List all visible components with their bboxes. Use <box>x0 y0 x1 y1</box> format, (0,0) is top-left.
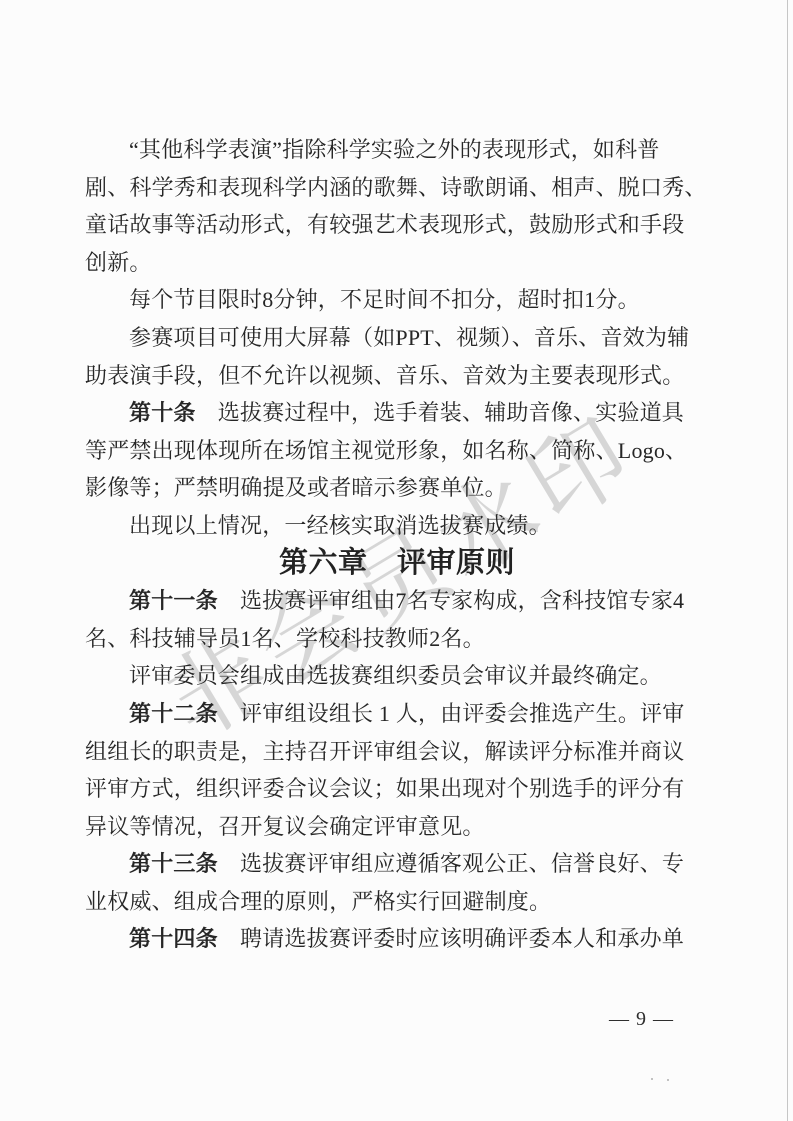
text-line: 评审方式，组织评委合议会议；如果出现对个别选手的评分有 <box>85 770 709 808</box>
scan-speck <box>651 1078 653 1080</box>
text-line: 组组长的职责是，主持召开评审组会议，解读评分标准并商议 <box>85 733 709 771</box>
text-line: 出现以上情况，一经核实取消选拔赛成绩。 <box>85 507 709 545</box>
text-line: 第十条 选拔赛过程中，选手着装、辅助音像、实验道具 <box>85 394 709 432</box>
scan-edge-line <box>787 0 788 1121</box>
scan-speck <box>667 1079 669 1081</box>
text-line: “其他科学表演”指除科学实验之外的表现形式，如科普 <box>85 131 709 169</box>
text-line: 助表演手段，但不允许以视频、音乐、音效为主要表现形式。 <box>85 357 709 395</box>
article-number: 第十三条 <box>129 851 218 876</box>
text-line: 名、科技辅导员1名、学校科技教师2名。 <box>85 620 709 658</box>
document-body: “其他科学表演”指除科学实验之外的表现形式，如科普 剧、科学秀和表现科学内涵的歌… <box>85 131 709 958</box>
line-text: 选拔赛评审组由7名专家构成，含科技馆专家4 <box>218 588 684 613</box>
text-line: 每个节目限时8分钟，不足时间不扣分，超时扣1分。 <box>85 281 709 319</box>
page-number: — 9 — <box>609 1008 674 1031</box>
line-text: 异议等情况，召开复议会确定评审意见。 <box>85 814 485 839</box>
line-text: 助表演手段，但不允许以视频、音乐、音效为主要表现形式。 <box>85 363 684 388</box>
line-text: 影像等；严禁明确提及或者暗示参赛单位。 <box>85 475 507 500</box>
document-page: 非会员水印 “其他科学表演”指除科学实验之外的表现形式，如科普 剧、科学秀和表现… <box>0 0 793 1121</box>
text-line: 评审委员会组成由选拔赛组织委员会审议并最终确定。 <box>85 657 709 695</box>
article-number: 第十四条 <box>129 926 218 951</box>
line-text: 剧、科学秀和表现科学内涵的歌舞、诗歌朗诵、相声、脱口秀、 <box>85 175 707 200</box>
line-text: 每个节目限时8分钟，不足时间不扣分，超时扣1分。 <box>129 287 640 312</box>
line-text: 童话故事等活动形式，有较强艺术表现形式，鼓励形式和手段 <box>85 212 684 237</box>
line-text: 聘请选拔赛评委时应该明确评委本人和承办单 <box>218 926 684 951</box>
line-text: 出现以上情况，一经核实取消选拔赛成绩。 <box>129 513 551 538</box>
line-text: 业权威、组成合理的原则，严格实行回避制度。 <box>85 889 551 914</box>
line-text: 等严禁出现体现所在场馆主视觉形象，如名称、简称、Logo、 <box>85 438 687 463</box>
text-line: 业权威、组成合理的原则，严格实行回避制度。 <box>85 883 709 921</box>
article-number: 第十一条 <box>129 588 218 613</box>
text-line: 影像等；严禁明确提及或者暗示参赛单位。 <box>85 469 709 507</box>
text-line: 第十一条 选拔赛评审组由7名专家构成，含科技馆专家4 <box>85 582 709 620</box>
text-line: 创新。 <box>85 244 709 282</box>
text-line: 等严禁出现体现所在场馆主视觉形象，如名称、简称、Logo、 <box>85 432 709 470</box>
line-text: 名、科技辅导员1名、学校科技教师2名。 <box>85 626 485 651</box>
line-text: 选拔赛过程中，选手着装、辅助音像、实验道具 <box>196 400 684 425</box>
text-line: 童话故事等活动形式，有较强艺术表现形式，鼓励形式和手段 <box>85 206 709 244</box>
line-text: 组组长的职责是，主持召开评审组会议，解读评分标准并商议 <box>85 739 684 764</box>
text-line: 剧、科学秀和表现科学内涵的歌舞、诗歌朗诵、相声、脱口秀、 <box>85 169 709 207</box>
text-line: 第十二条 评审组设组长 1 人，由评委会推选产生。评审 <box>85 695 709 733</box>
line-text: 评审方式，组织评委合议会议；如果出现对个别选手的评分有 <box>85 776 684 801</box>
article-number: 第十条 <box>129 400 196 425</box>
article-number: 第十二条 <box>129 701 218 726</box>
text-line: 第十四条 聘请选拔赛评委时应该明确评委本人和承办单 <box>85 920 709 958</box>
line-text: 评审组设组长 1 人，由评委会推选产生。评审 <box>218 701 685 726</box>
text-line: 第十三条 选拔赛评审组应遵循客观公正、信誉良好、专 <box>85 845 709 883</box>
line-text: 评审委员会组成由选拔赛组织委员会审议并最终确定。 <box>129 663 662 688</box>
line-text: 参赛项目可使用大屏幕（如PPT、视频）、音乐、音效为辅 <box>129 325 689 350</box>
chapter-heading: 第六章 评审原则 <box>85 545 709 583</box>
line-text: 创新。 <box>85 250 152 275</box>
text-line: 异议等情况，召开复议会确定评审意见。 <box>85 808 709 846</box>
line-text: “其他科学表演”指除科学实验之外的表现形式，如科普 <box>129 137 660 162</box>
text-line: 参赛项目可使用大屏幕（如PPT、视频）、音乐、音效为辅 <box>85 319 709 357</box>
line-text: 选拔赛评审组应遵循客观公正、信誉良好、专 <box>218 851 684 876</box>
